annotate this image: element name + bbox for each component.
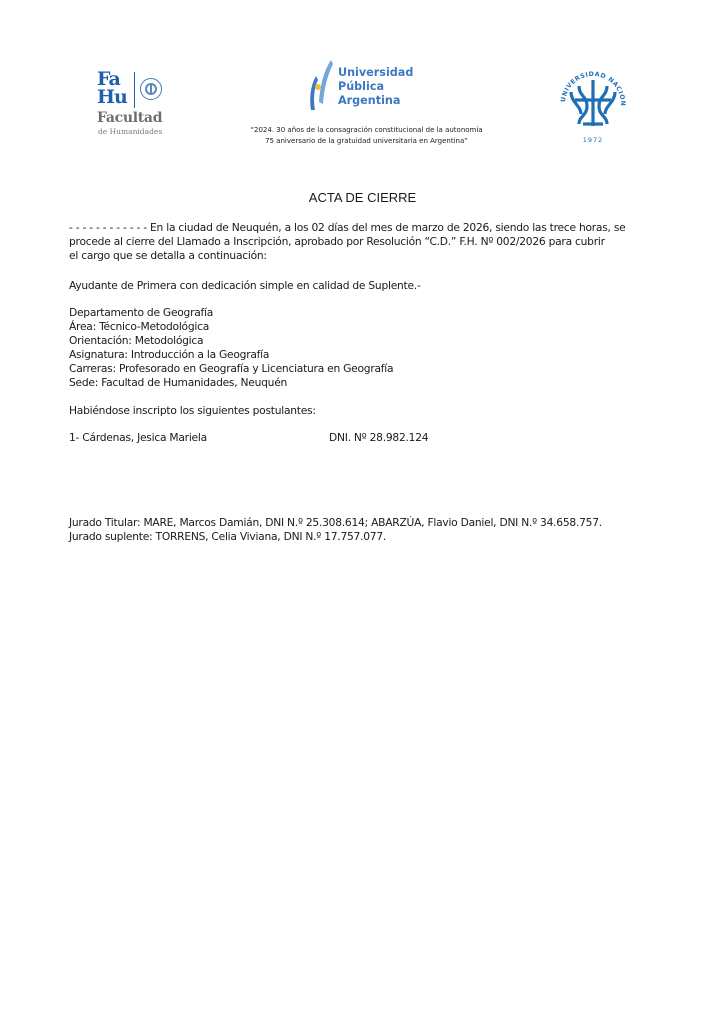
faculty-seal-icon <box>140 78 162 100</box>
document-title: ACTA DE CIERRE <box>0 190 725 205</box>
applicant-name: 1- Cárdenas, Jesica Mariela <box>69 431 207 444</box>
detail-sede: Sede: Facultad de Humanidades, Neuquén <box>69 376 659 390</box>
svg-text:1972: 1972 <box>583 136 604 144</box>
intro-line-1: - - - - - - - - - - - - En la ciudad de … <box>69 221 659 235</box>
jury-suplente: Jurado suplente: TORRENS, Celia Viviana,… <box>69 530 659 544</box>
position-details: Departamento de Geografía Área: Técnico-… <box>69 306 659 390</box>
applicant-row: 1- Cárdenas, Jesica Mariela DNI. Nº 28.9… <box>69 431 659 445</box>
upa-emblem-icon <box>305 58 335 114</box>
upa-logo: Universidad Pública Argentina <box>305 58 435 118</box>
applicants-label: Habiéndose inscripto los siguientes post… <box>69 404 659 418</box>
logo-divider <box>134 72 135 108</box>
fahu-mark: Fa Hu <box>97 70 127 106</box>
upa-line3: Argentina <box>338 94 413 108</box>
cargo-description: Ayudante de Primera con dedicación simpl… <box>69 279 659 293</box>
detail-departamento: Departamento de Geografía <box>69 306 659 320</box>
upa-line2: Pública <box>338 80 413 94</box>
fahu-mark-line2: Hu <box>97 88 127 106</box>
detail-area: Área: Técnico-Metodológica <box>69 320 659 334</box>
document-page: Fa Hu Facultad de Humanidades Universida… <box>0 0 725 1024</box>
detail-orientacion: Orientación: Metodológica <box>69 334 659 348</box>
unco-seal-icon: UNIVERSIDAD NACIONAL DEL COMAHUE 1972 <box>553 62 633 148</box>
intro-line-3: el cargo que se detalla a continuación: <box>69 249 659 263</box>
upa-line1: Universidad <box>338 66 413 80</box>
jury-titular: Jurado Titular: MARE, Marcos Damián, DNI… <box>69 516 659 530</box>
detail-carreras: Carreras: Profesorado en Geografía y Lic… <box>69 362 659 376</box>
detail-asignatura: Asignatura: Introducción a la Geografía <box>69 348 659 362</box>
fahu-title: Facultad <box>97 110 162 126</box>
jury-section: Jurado Titular: MARE, Marcos Damián, DNI… <box>69 516 659 544</box>
intro-paragraph: - - - - - - - - - - - - En la ciudad de … <box>69 221 659 263</box>
applicant-dni: DNI. Nº 28.982.124 <box>329 431 428 445</box>
intro-line-2: procede al cierre del Llamado a Inscripc… <box>69 235 659 249</box>
upa-wordmark: Universidad Pública Argentina <box>338 66 413 108</box>
